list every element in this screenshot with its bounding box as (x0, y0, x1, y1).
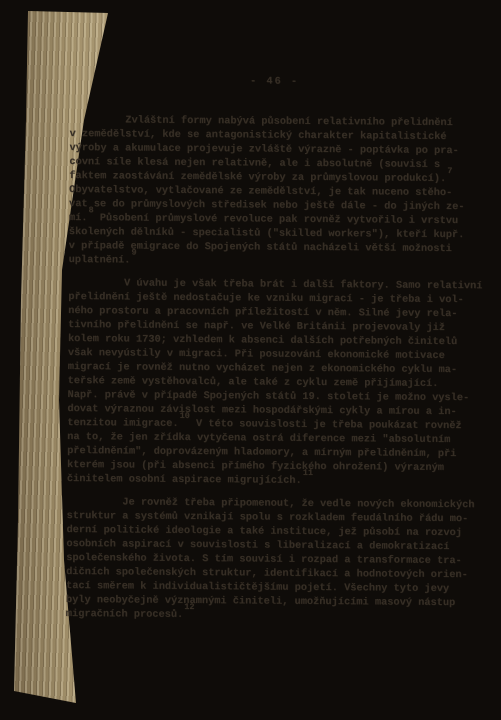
footnote-marker: 11 (303, 467, 313, 477)
footnote-marker: 12 (184, 601, 194, 611)
footnote-marker: 9 (131, 247, 136, 257)
footnote-marker: 7 (447, 166, 452, 176)
footnote-marker: 8 (88, 205, 93, 215)
paragraph-1: Zvláštní formy nabývá působení relativní… (69, 113, 468, 270)
page-number: - 46 - (250, 75, 299, 87)
paragraph-3: Je rovněž třeba připomenout, že vedle no… (66, 495, 465, 624)
body-text: Zvláštní formy nabývá působení relativní… (66, 113, 468, 633)
footnote-marker: 10 (180, 410, 190, 420)
paragraph-2: V úvahu je však třeba brát i další fakto… (67, 276, 467, 489)
page-content: - 46 - Zvláštní formy nabývá působení re… (0, 0, 501, 720)
scanned-book-page: - 46 - Zvláštní formy nabývá působení re… (0, 0, 501, 720)
